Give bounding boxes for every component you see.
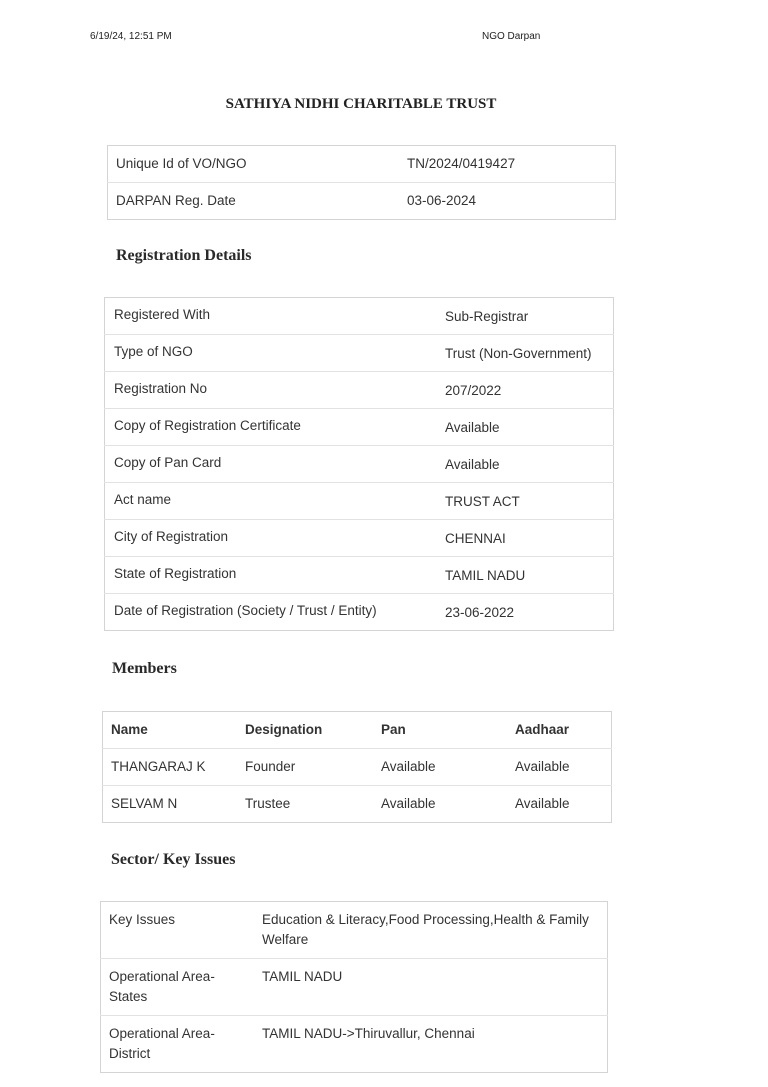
table-row: DARPAN Reg. Date 03-06-2024 [108, 183, 616, 220]
row-value: Trust (Non-Government) [425, 335, 614, 372]
row-label: State of Registration [105, 557, 426, 594]
member-designation: Founder [237, 749, 373, 786]
members-heading: Members [112, 660, 177, 678]
table-row: Act nameTRUST ACT [105, 483, 614, 520]
member-aadhaar: Available [507, 786, 612, 823]
print-timestamp: 6/19/24, 12:51 PM [90, 31, 172, 42]
sector-table: Key IssuesEducation & Literacy,Food Proc… [100, 901, 608, 1073]
table-row: Operational Area-DistrictTAMIL NADU->Thi… [101, 1016, 608, 1073]
row-value: 23-06-2022 [425, 594, 614, 631]
row-label: Operational Area-District [101, 1016, 253, 1073]
table-row: THANGARAJ KFounderAvailableAvailable [103, 749, 612, 786]
row-value: Education & Literacy,Food Processing,Hea… [252, 902, 608, 959]
member-designation: Trustee [237, 786, 373, 823]
column-header: Aadhaar [507, 712, 612, 749]
table-row: Operational Area-StatesTAMIL NADU [101, 959, 608, 1016]
row-value: TAMIL NADU [252, 959, 608, 1016]
organization-title: SATHIYA NIDHI CHARITABLE TRUST [0, 96, 722, 113]
row-label: Registration No [105, 372, 426, 409]
table-row: Registered WithSub-Registrar [105, 298, 614, 335]
row-value: CHENNAI [425, 520, 614, 557]
row-value: Sub-Registrar [425, 298, 614, 335]
table-row: Copy of Pan CardAvailable [105, 446, 614, 483]
row-label: Key Issues [101, 902, 253, 959]
row-label: DARPAN Reg. Date [108, 183, 400, 220]
id-table: Unique Id of VO/NGO TN/2024/0419427 DARP… [107, 145, 616, 220]
row-value: Available [425, 409, 614, 446]
row-label: Type of NGO [105, 335, 426, 372]
member-pan: Available [373, 749, 507, 786]
table-row: Type of NGOTrust (Non-Government) [105, 335, 614, 372]
registration-table: Registered WithSub-RegistrarType of NGOT… [104, 297, 614, 631]
table-row: City of RegistrationCHENNAI [105, 520, 614, 557]
row-value: TRUST ACT [425, 483, 614, 520]
sector-heading: Sector/ Key Issues [111, 851, 235, 869]
table-row: Key IssuesEducation & Literacy,Food Proc… [101, 902, 608, 959]
member-name: THANGARAJ K [103, 749, 238, 786]
row-value: TN/2024/0419427 [399, 146, 616, 183]
row-label: Unique Id of VO/NGO [108, 146, 400, 183]
site-name: NGO Darpan [482, 31, 540, 42]
row-value: TAMIL NADU [425, 557, 614, 594]
table-row: State of RegistrationTAMIL NADU [105, 557, 614, 594]
table-row: SELVAM NTrusteeAvailableAvailable [103, 786, 612, 823]
table-header-row: NameDesignationPanAadhaar [103, 712, 612, 749]
row-value: TAMIL NADU->Thiruvallur, Chennai [252, 1016, 608, 1073]
table-row: Unique Id of VO/NGO TN/2024/0419427 [108, 146, 616, 183]
registration-heading: Registration Details [116, 247, 252, 265]
table-row: Copy of Registration CertificateAvailabl… [105, 409, 614, 446]
row-label: City of Registration [105, 520, 426, 557]
row-value: Available [425, 446, 614, 483]
column-header: Designation [237, 712, 373, 749]
row-label: Date of Registration (Society / Trust / … [105, 594, 426, 631]
row-label: Registered With [105, 298, 426, 335]
row-label: Copy of Pan Card [105, 446, 426, 483]
members-table: NameDesignationPanAadhaarTHANGARAJ KFoun… [102, 711, 612, 823]
column-header: Name [103, 712, 238, 749]
row-value: 207/2022 [425, 372, 614, 409]
member-pan: Available [373, 786, 507, 823]
table-row: Date of Registration (Society / Trust / … [105, 594, 614, 631]
row-label: Act name [105, 483, 426, 520]
row-label: Copy of Registration Certificate [105, 409, 426, 446]
member-aadhaar: Available [507, 749, 612, 786]
table-row: Registration No207/2022 [105, 372, 614, 409]
row-label: Operational Area-States [101, 959, 253, 1016]
member-name: SELVAM N [103, 786, 238, 823]
row-value: 03-06-2024 [399, 183, 616, 220]
column-header: Pan [373, 712, 507, 749]
